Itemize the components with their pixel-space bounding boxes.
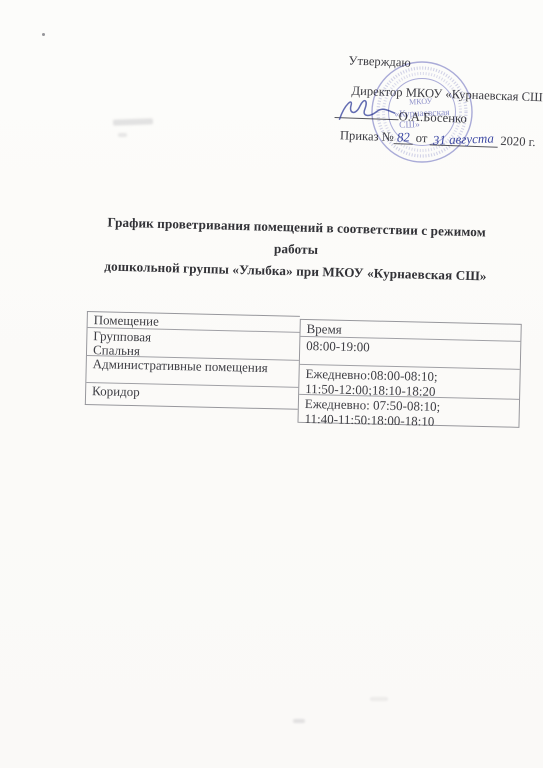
order-date-handwritten: 31 августа xyxy=(433,131,495,147)
signature-row: О.А.Босенко xyxy=(334,105,467,126)
room-cell: Административные помещения xyxy=(93,357,299,376)
ventilation-schedule-table: Помещение Групповая Спальня Администрати… xyxy=(84,309,537,444)
signature-line xyxy=(335,105,399,120)
scanned-page: Утверждаю Директор МКОУ «Курнаевская СШ»… xyxy=(0,0,543,768)
scan-smudge xyxy=(293,719,305,723)
order-year: 2020 г. xyxy=(500,134,536,149)
time-cell: 08:00-19:00 xyxy=(306,338,520,358)
approve-label: Утверждаю xyxy=(348,53,411,69)
table-row: Ежедневно: 07:50-08:10; 11:40-11:50;18:0… xyxy=(298,395,519,428)
document-title: График проветривания помещений в соответ… xyxy=(85,211,507,288)
director-line: Директор МКОУ «Курнаевская СШ» xyxy=(351,84,543,105)
room-column: Помещение Групповая Спальня Администрати… xyxy=(85,311,300,410)
order-number-handwritten: 82 xyxy=(396,130,409,144)
time-column: Время 08:00-19:00 Ежедневно:08:00-08:10;… xyxy=(297,319,521,428)
room-cell: Коридор xyxy=(92,384,298,403)
approval-block: Утверждаю Директор МКОУ «Курнаевская СШ»… xyxy=(331,48,540,160)
time-cell: Ежедневно: 07:50-08:10; 11:40-11:50;18:0… xyxy=(304,396,519,428)
scan-smudge xyxy=(113,118,153,125)
order-line: Приказ №82от31 августа2020 г. xyxy=(340,128,536,149)
order-connector: от xyxy=(415,131,427,145)
signee-name: О.А.Босенко xyxy=(398,109,467,125)
table-row: Коридор xyxy=(86,383,298,410)
table-row: Ежедневно:08:00-08:10; 11:50-12:00;18:10… xyxy=(299,365,520,400)
scan-smudge xyxy=(370,697,388,701)
order-prefix: Приказ № xyxy=(340,128,394,144)
scan-speck xyxy=(42,33,45,36)
scan-smudge xyxy=(118,133,127,137)
